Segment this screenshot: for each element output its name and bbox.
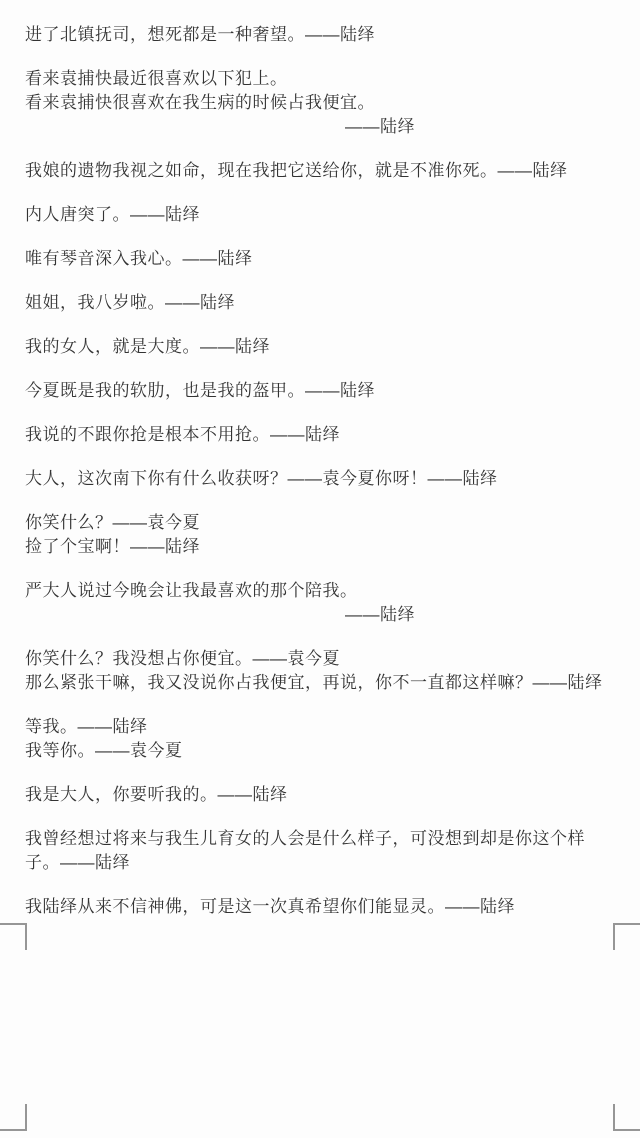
quote-line: 我等你。——袁今夏: [25, 739, 618, 763]
quote-paragraph: 等我。——陆绎我等你。——袁今夏: [25, 715, 618, 763]
quote-line: 你笑什么？——袁今夏: [25, 511, 618, 535]
quote-line: 我说的不跟你抢是根本不用抢。——陆绎: [25, 423, 618, 447]
quote-line: 内人唐突了。——陆绎: [25, 203, 618, 227]
quote-line: 我娘的遗物我视之如命，现在我把它送给你，就是不准你死。——陆绎: [25, 159, 618, 183]
quote-line: 那么紧张干嘛，我又没说你占我便宜，再说，你不一直都这样嘛？——陆绎: [25, 671, 618, 695]
crop-mark-top-left: [0, 923, 27, 950]
quote-line: 你笑什么？我没想占你便宜。——袁今夏: [25, 647, 618, 671]
document-page: 进了北镇抚司，想死都是一种奢望。——陆绎看来袁捕快最近很喜欢以下犯上。看来袁捕快…: [0, 0, 640, 1138]
quote-line: 我的女人，就是大度。——陆绎: [25, 335, 618, 359]
quote-paragraph: 大人，这次南下你有什么收获呀？——袁今夏你呀！——陆绎: [25, 467, 618, 491]
quote-paragraph: 严大人说过今晚会让我最喜欢的那个陪我。——陆绎: [25, 579, 618, 627]
quote-paragraph: 我娘的遗物我视之如命，现在我把它送给你，就是不准你死。——陆绎: [25, 159, 618, 183]
quote-line: 我曾经想过将来与我生儿育女的人会是什么样子，可没想到却是你这个样子。——陆绎: [25, 827, 618, 875]
quote-line: 严大人说过今晚会让我最喜欢的那个陪我。: [25, 579, 618, 603]
quote-paragraph: 我陆绎从来不信神佛，可是这一次真希望你们能显灵。——陆绎: [25, 895, 618, 919]
quote-line: 捡了个宝啊！——陆绎: [25, 535, 618, 559]
quote-line: 唯有琴音深入我心。——陆绎: [25, 247, 618, 271]
quote-paragraph: 我说的不跟你抢是根本不用抢。——陆绎: [25, 423, 618, 447]
quote-line: 大人，这次南下你有什么收获呀？——袁今夏你呀！——陆绎: [25, 467, 618, 491]
quote-paragraph: 你笑什么？——袁今夏捡了个宝啊！——陆绎: [25, 511, 618, 559]
crop-mark-bottom-right: [613, 1104, 640, 1131]
quote-line: 我陆绎从来不信神佛，可是这一次真希望你们能显灵。——陆绎: [25, 895, 618, 919]
quote-line: 等我。——陆绎: [25, 715, 618, 739]
quotes-container: 进了北镇抚司，想死都是一种奢望。——陆绎看来袁捕快最近很喜欢以下犯上。看来袁捕快…: [0, 0, 640, 919]
quote-line: 今夏既是我的软肋，也是我的盔甲。——陆绎: [25, 379, 618, 403]
quote-line: ——陆绎: [25, 115, 618, 139]
quote-paragraph: 内人唐突了。——陆绎: [25, 203, 618, 227]
quote-paragraph: 唯有琴音深入我心。——陆绎: [25, 247, 618, 271]
quote-paragraph: 进了北镇抚司，想死都是一种奢望。——陆绎: [25, 23, 618, 47]
quote-paragraph: 今夏既是我的软肋，也是我的盔甲。——陆绎: [25, 379, 618, 403]
quote-paragraph: 你笑什么？我没想占你便宜。——袁今夏那么紧张干嘛，我又没说你占我便宜，再说，你不…: [25, 647, 618, 695]
quote-line: 进了北镇抚司，想死都是一种奢望。——陆绎: [25, 23, 618, 47]
quote-paragraph: 我的女人，就是大度。——陆绎: [25, 335, 618, 359]
quote-line: 看来袁捕快最近很喜欢以下犯上。: [25, 67, 618, 91]
quote-paragraph: 看来袁捕快最近很喜欢以下犯上。看来袁捕快很喜欢在我生病的时候占我便宜。——陆绎: [25, 67, 618, 139]
quote-line: 我是大人，你要听我的。——陆绎: [25, 783, 618, 807]
quote-line: 姐姐，我八岁啦。——陆绎: [25, 291, 618, 315]
quote-line: ——陆绎: [25, 603, 618, 627]
quote-paragraph: 姐姐，我八岁啦。——陆绎: [25, 291, 618, 315]
quote-paragraph: 我是大人，你要听我的。——陆绎: [25, 783, 618, 807]
quote-paragraph: 我曾经想过将来与我生儿育女的人会是什么样子，可没想到却是你这个样子。——陆绎: [25, 827, 618, 875]
crop-mark-bottom-left: [0, 1104, 27, 1131]
quote-line: 看来袁捕快很喜欢在我生病的时候占我便宜。: [25, 91, 618, 115]
crop-mark-top-right: [613, 923, 640, 950]
